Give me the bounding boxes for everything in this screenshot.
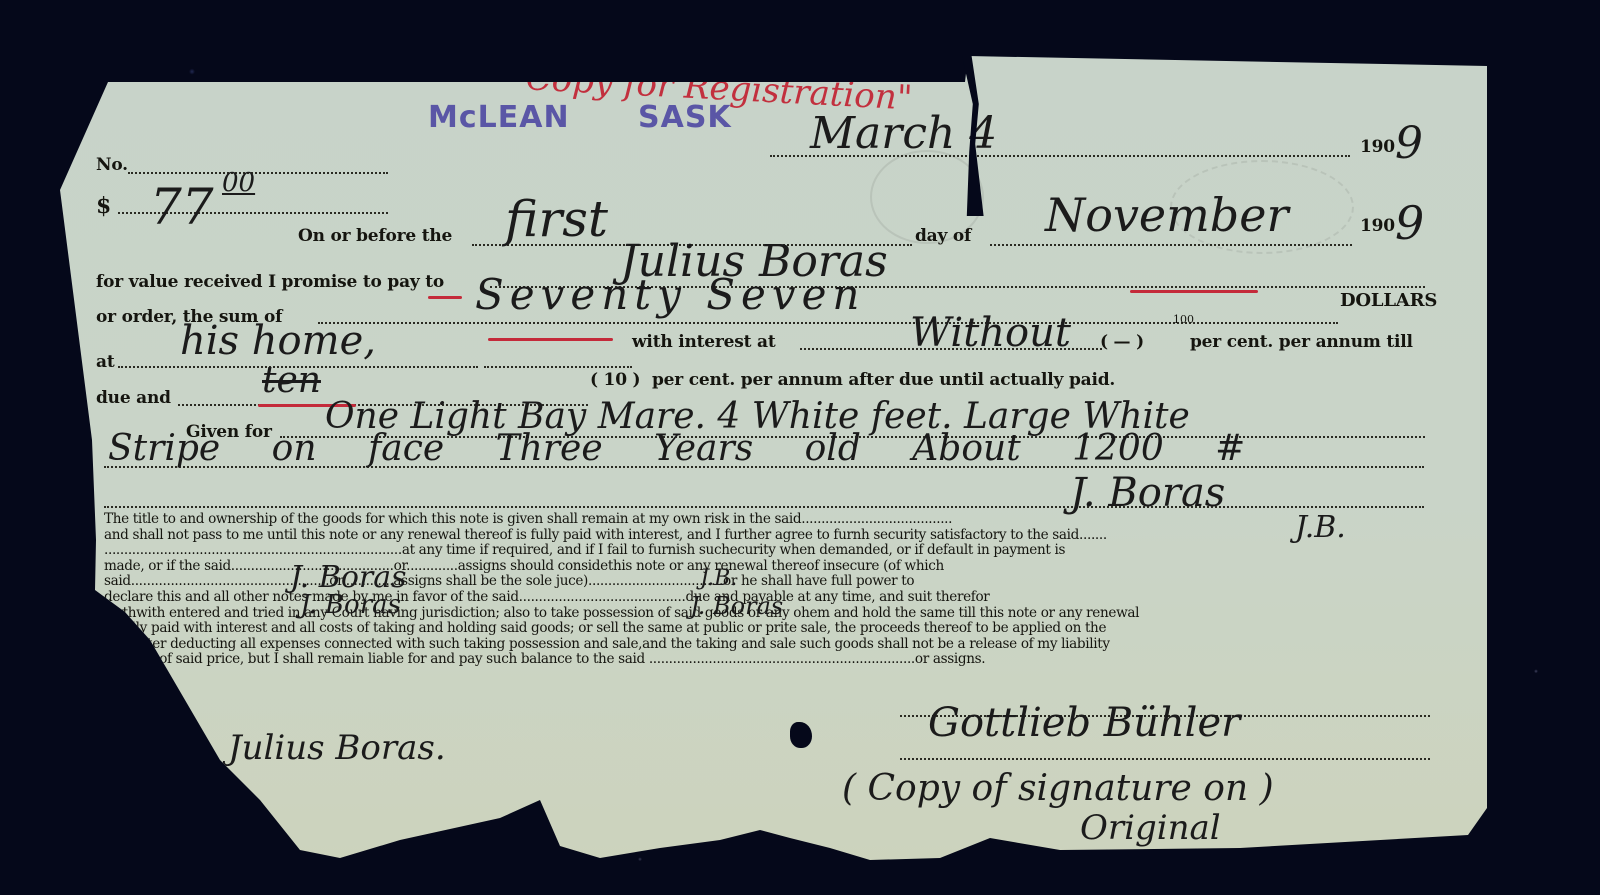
dollars-label: DOLLARS bbox=[1340, 290, 1437, 311]
due-year-prefix: 190 bbox=[1360, 216, 1395, 236]
after-due-rate-words: ten bbox=[262, 360, 321, 401]
red-line bbox=[488, 338, 613, 341]
given-for-text-2: Stripe on face Three Years old About 120… bbox=[108, 428, 1245, 469]
interest-suffix: per cent. per annum till bbox=[1190, 332, 1413, 352]
promise-label: for value received I promise to pay to bbox=[96, 272, 444, 292]
fine-print-line: and shall not pass to me until this note… bbox=[104, 528, 1430, 544]
maker-signature: Gottlieb Bühler bbox=[928, 700, 1240, 746]
fine-print-line: said after deducting all expenses connec… bbox=[104, 637, 1430, 653]
due-year-handwritten: 9 bbox=[1395, 196, 1424, 250]
dollar-label: $ bbox=[96, 193, 111, 219]
interest-rate-paren: ( — ) bbox=[1100, 332, 1144, 352]
date-handwritten: March 4 bbox=[810, 108, 997, 159]
day-of-label: day of bbox=[915, 226, 971, 246]
at-label: at bbox=[96, 352, 114, 372]
copy-note-line-1: ( Copy of signature on ) bbox=[842, 768, 1274, 809]
copy-note-line-2: Original bbox=[1080, 808, 1221, 848]
amount-value: 77 bbox=[150, 178, 214, 236]
due-month-field bbox=[990, 244, 1352, 246]
dotted-line bbox=[484, 366, 632, 368]
fine-print-handwritten-name: J.B. bbox=[700, 566, 737, 591]
witness-signature: Julius Boras. bbox=[228, 728, 446, 768]
stamp-location: McLEAN bbox=[428, 100, 570, 135]
paper-hole bbox=[790, 722, 812, 748]
red-line bbox=[428, 296, 462, 299]
fine-print-handwritten-name: J. Boras bbox=[690, 592, 783, 620]
hundredths-label: 100 bbox=[1173, 313, 1194, 326]
date-year-prefix: 190 bbox=[1360, 137, 1395, 157]
date-year-handwritten: 9 bbox=[1395, 118, 1423, 169]
no-field bbox=[128, 172, 388, 174]
fine-print-line: ........................................… bbox=[104, 543, 1430, 559]
interest-label: with interest at bbox=[632, 332, 776, 352]
due-day: first bbox=[505, 190, 608, 248]
fine-print-line: is fully paid with interest and all cost… bbox=[104, 621, 1430, 637]
due-month: November bbox=[1045, 188, 1288, 242]
stamp-province: SASK bbox=[638, 100, 732, 135]
after-due-suffix: per cent. per annum after due until actu… bbox=[652, 370, 1115, 390]
promissory-note-paper: "Copy for Registration" McLEAN SASK Marc… bbox=[0, 0, 1600, 895]
fine-print-line: balance of said price, but I shall remai… bbox=[104, 652, 1430, 668]
place-value: his home, bbox=[180, 318, 376, 364]
fine-print-line: The title to and ownership of the goods … bbox=[104, 512, 1430, 528]
initials-signature: J. Boras bbox=[1070, 470, 1225, 516]
sum-words: Seventy Seven bbox=[475, 270, 865, 319]
after-due-rate: ( 10 ) bbox=[590, 370, 640, 390]
signature-line-2 bbox=[900, 758, 1430, 760]
amount-cents: 00 bbox=[222, 168, 255, 198]
red-line bbox=[1130, 290, 1258, 293]
no-label: No. bbox=[96, 155, 128, 175]
interest-value: Without bbox=[910, 310, 1071, 356]
blank-line bbox=[104, 506, 1424, 508]
fine-print-handwritten-name: J. Boras bbox=[300, 590, 401, 620]
on-or-before-label: On or before the bbox=[298, 226, 452, 246]
due-and-label: due and bbox=[96, 388, 171, 408]
